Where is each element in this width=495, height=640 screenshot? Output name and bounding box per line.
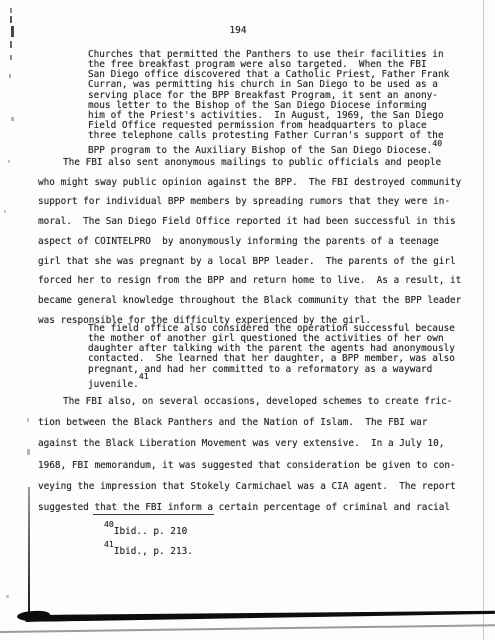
scan-edge-line: [483, 0, 484, 640]
scan-fold-line: [28, 487, 30, 615]
scan-mark: [10, 16, 12, 23]
footnote-text: Ibid., p. 213.: [114, 546, 193, 557]
paragraph-anonymous-mailings: The FBI also sent anonymous mailings to …: [38, 153, 483, 330]
blockquote-field-office-success: The field office also considered the ope…: [88, 324, 478, 390]
scan-mark: [4, 210, 6, 213]
page-number: 194: [0, 25, 476, 36]
scan-mark: [10, 55, 12, 60]
footnote-41: 41Ibid., p. 213.: [104, 542, 193, 557]
scan-mark: [9, 74, 11, 78]
footnote-number: 40: [104, 519, 114, 529]
footnote-ref-41: 41: [139, 371, 149, 381]
footnote-number: 41: [104, 539, 114, 549]
scan-mark: [10, 41, 12, 48]
footnote-separator-rule: [93, 514, 214, 515]
scan-mark: [27, 418, 29, 422]
scan-mark: [11, 117, 14, 121]
scan-mark: [10, 8, 12, 13]
blockquote-text: Churches that permitted the Panthers to …: [88, 49, 449, 157]
scan-mark: [8, 160, 10, 163]
scan-mark: [27, 449, 30, 455]
scan-edge-thin-line: [0, 624, 495, 632]
scan-page-edge-bar: [25, 609, 495, 622]
paragraph-nation-of-islam: The FBI also, on several occasions, deve…: [38, 391, 483, 518]
footnote-ref-40: 40: [432, 138, 442, 148]
blockquote-breakfast-program: Churches that permitted the Panthers to …: [88, 50, 478, 157]
scanned-document-page: 194 Churches that permitted the Panthers…: [0, 0, 495, 640]
footnote-text: Ibid.. p. 210: [114, 526, 187, 537]
footnote-40: 40Ibid.. p. 210: [104, 522, 187, 537]
scan-mark: [6, 595, 9, 598]
